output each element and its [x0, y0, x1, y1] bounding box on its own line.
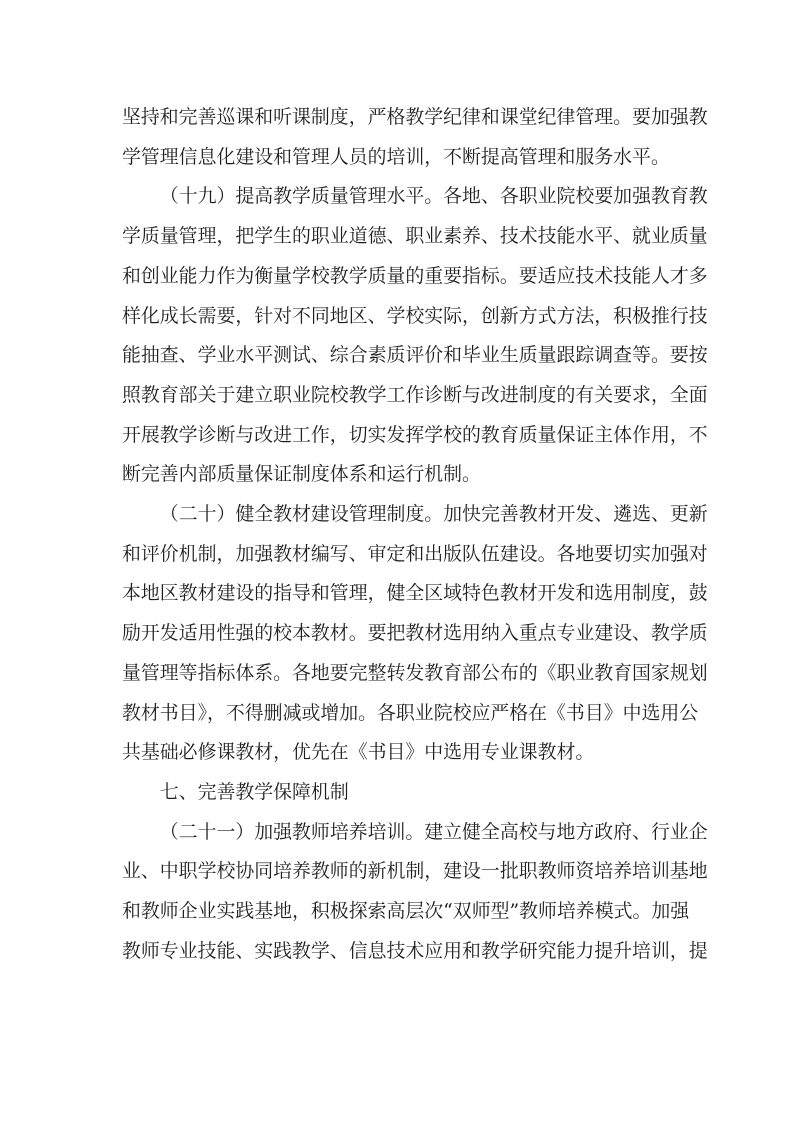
- text-line: 量管理等指标体系。各地要完整转发教育部公布的《职业教育国家规划: [122, 654, 673, 694]
- text-line: 能抽查、学业水平测试、综合素质评价和毕业生质量跟踪调查等。要按: [122, 336, 673, 376]
- paragraph-item-21: （二十一）加强教师培养培训。建立健全高校与地方政府、行业企 业、中职学校协同培养…: [122, 813, 673, 972]
- text-line: 本地区教材建设的指导和管理，健全区域特色教材开发和选用制度，鼓: [122, 574, 673, 614]
- text-line: 样化成长需要，针对不同地区、学校实际，创新方式方法，积极推行技: [122, 297, 673, 337]
- text-line: 励开发适用性强的校本教材。要把教材选用纳入重点专业建设、教学质: [122, 614, 673, 654]
- text-line: 学质量管理，把学生的职业道德、职业素养、技术技能水平、就业质量: [122, 217, 673, 257]
- text-line: 业、中职学校协同培养教师的新机制，建设一批职教师资培养培训基地: [122, 852, 673, 892]
- text-line: 共基础必修课教材，优先在《书目》中选用专业课教材。: [122, 733, 673, 773]
- document-page: 坚持和完善巡课和听课制度，严格教学纪律和课堂纪律管理。要加强教 学管理信息化建设…: [122, 98, 673, 971]
- text-line: 和评价机制，加强教材编写、审定和出版队伍建设。各地要切实加强对: [122, 535, 673, 575]
- section-heading-text: 七、完善教学保障机制: [122, 773, 673, 813]
- paragraph-item-20: （二十）健全教材建设管理制度。加快完善教材开发、遴选、更新 和评价机制，加强教材…: [122, 495, 673, 773]
- paragraph-continuation: 坚持和完善巡课和听课制度，严格教学纪律和课堂纪律管理。要加强教 学管理信息化建设…: [122, 98, 673, 177]
- text-line: （二十）健全教材建设管理制度。加快完善教材开发、遴选、更新: [122, 495, 673, 535]
- text-line: 照教育部关于建立职业院校教学工作诊断与改进制度的有关要求，全面: [122, 376, 673, 416]
- text-line: （二十一）加强教师培养培训。建立健全高校与地方政府、行业企: [122, 813, 673, 853]
- text-line: 和教师企业实践基地，积极探索高层次“双师型”教师培养模式。加强: [122, 892, 673, 932]
- text-line: 学管理信息化建设和管理人员的培训，不断提高管理和服务水平。: [122, 138, 673, 178]
- text-line: 和创业能力作为衡量学校教学质量的重要指标。要适应技术技能人才多: [122, 257, 673, 297]
- text-line: 开展教学诊断与改进工作，切实发挥学校的教育质量保证主体作用，不: [122, 416, 673, 456]
- text-line: （十九）提高教学质量管理水平。各地、各职业院校要加强教育教: [122, 177, 673, 217]
- text-line: 教材书目》，不得删减或增加。各职业院校应严格在《书目》中选用公: [122, 694, 673, 734]
- text-line: 教师专业技能、实践教学、信息技术应用和教学研究能力提升培训，提: [122, 932, 673, 972]
- text-line: 断完善内部质量保证制度体系和运行机制。: [122, 455, 673, 495]
- section-heading-7: 七、完善教学保障机制: [122, 773, 673, 813]
- text-line: 坚持和完善巡课和听课制度，严格教学纪律和课堂纪律管理。要加强教: [122, 98, 673, 138]
- paragraph-item-19: （十九）提高教学质量管理水平。各地、各职业院校要加强教育教 学质量管理，把学生的…: [122, 177, 673, 495]
